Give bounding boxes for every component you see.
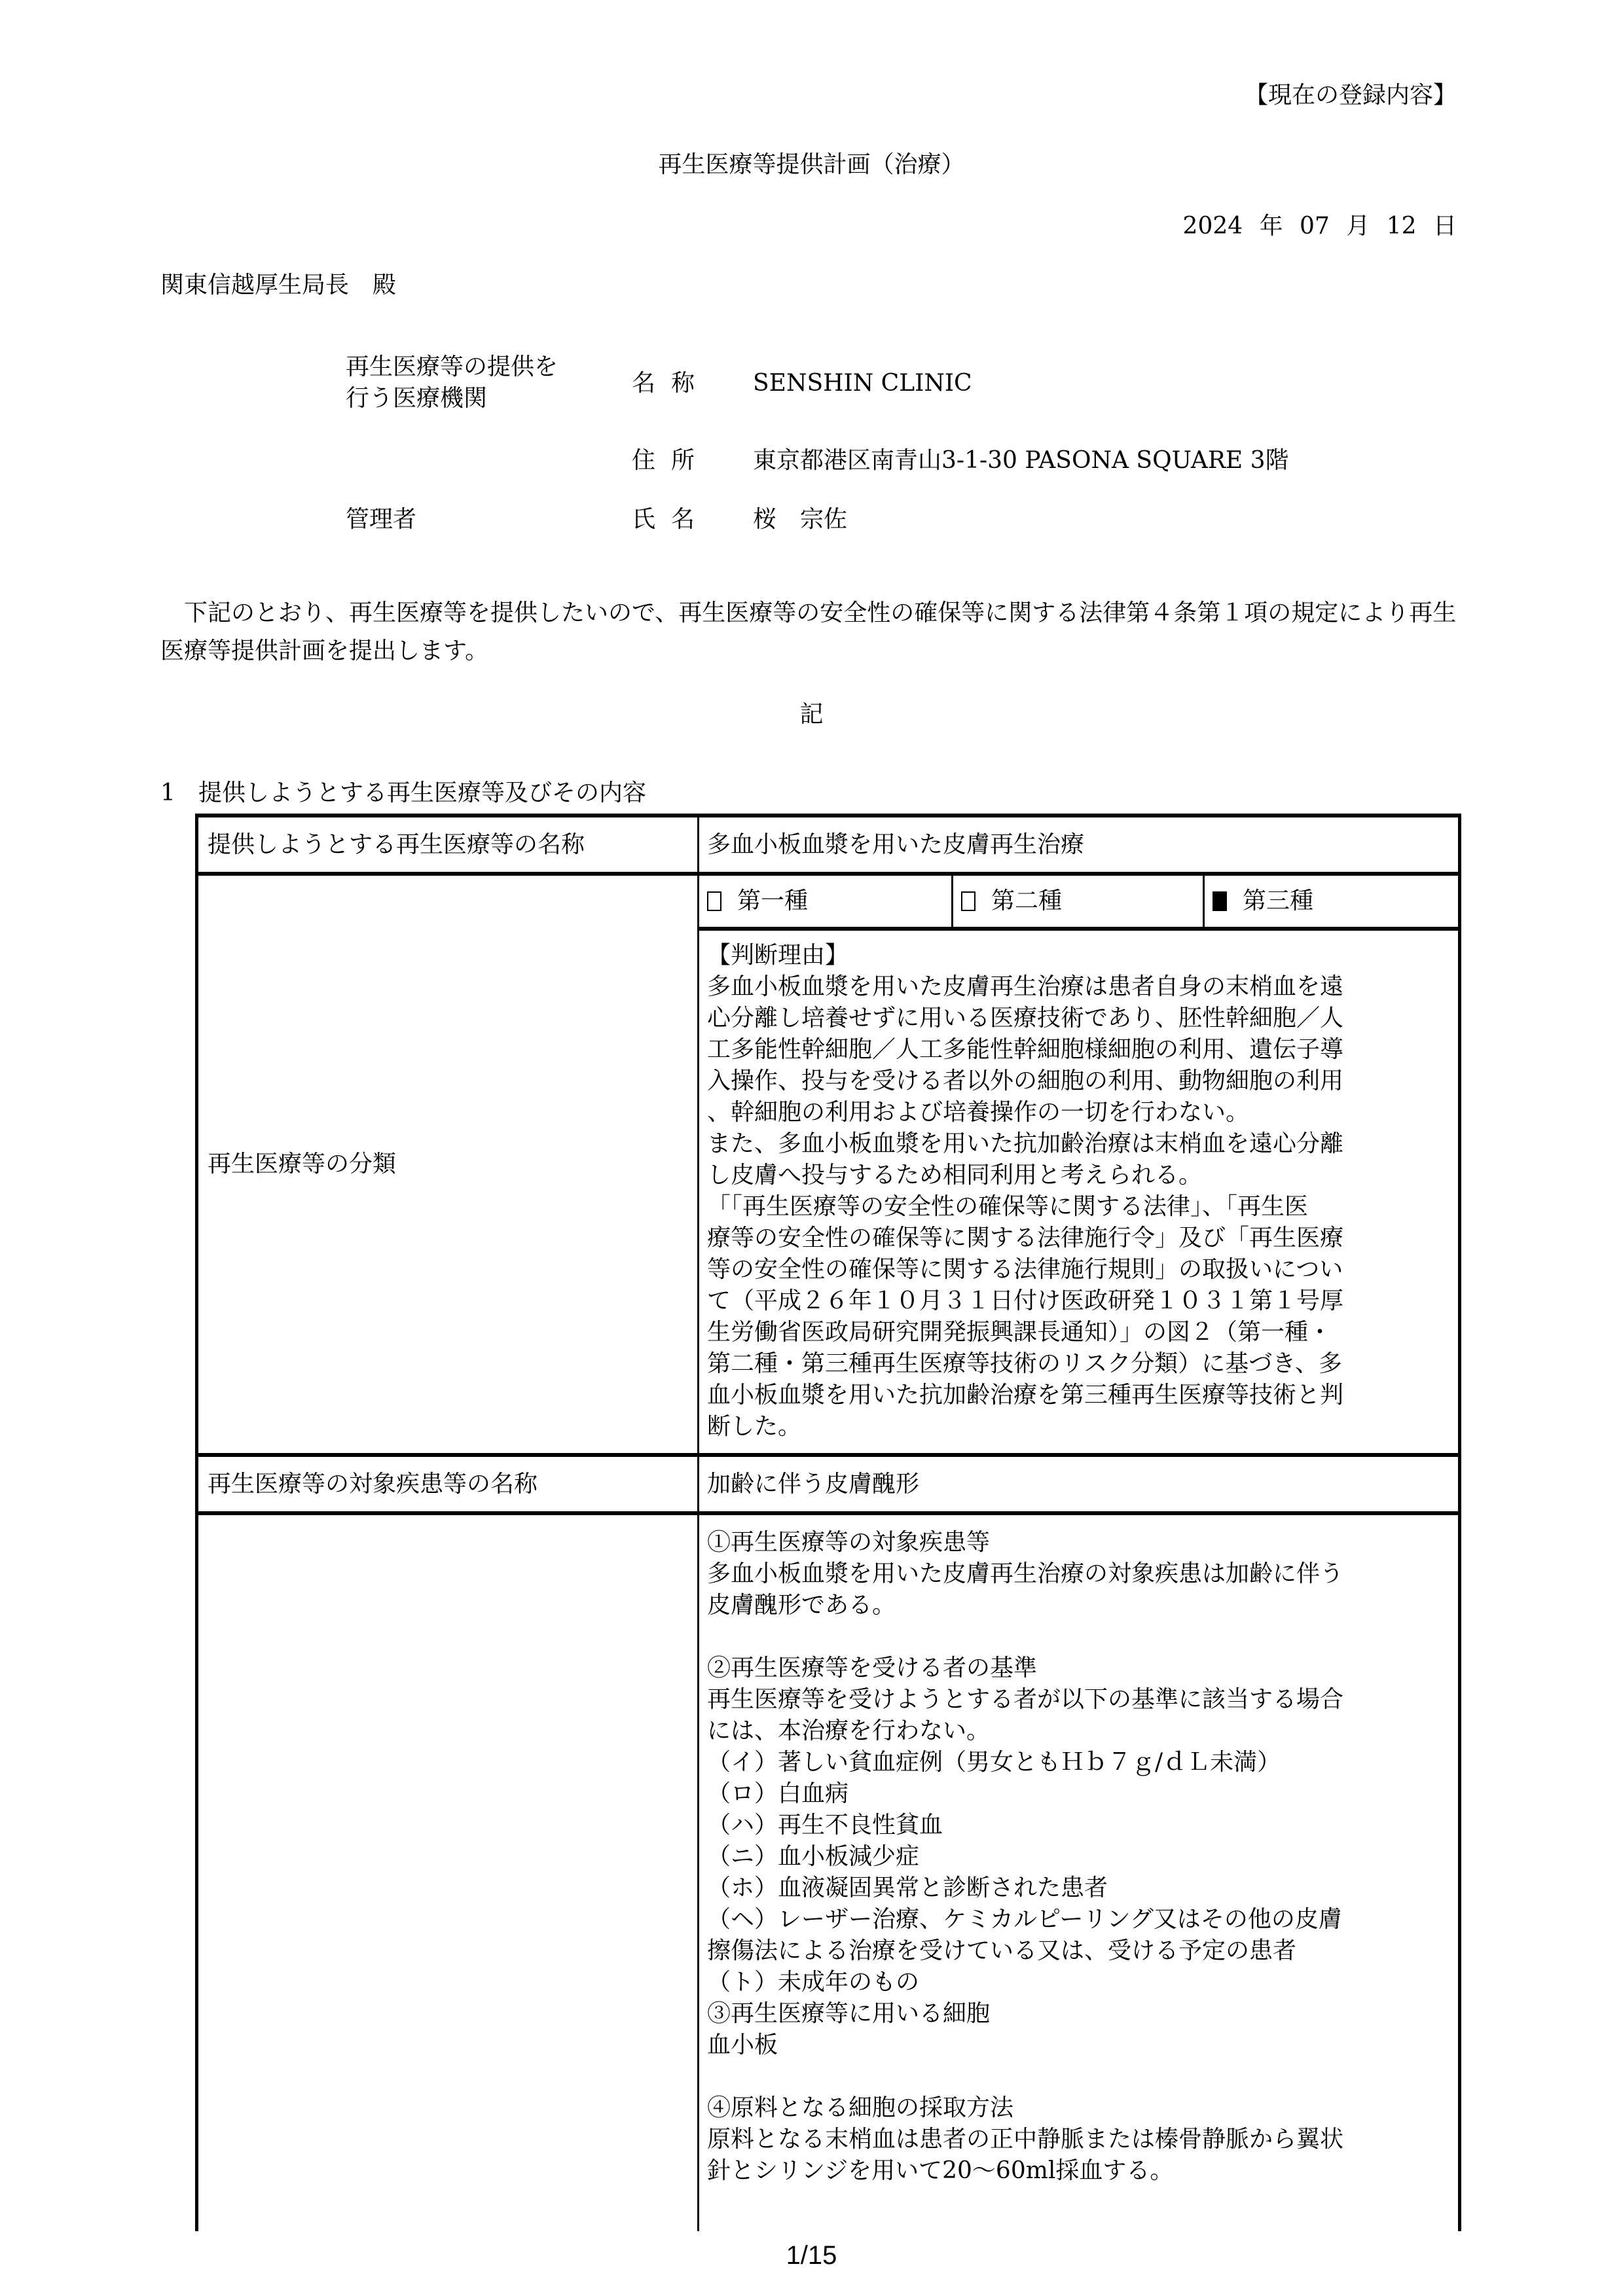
classification-kinds: 第一種 第二種 第三種 — [699, 876, 1458, 931]
institution-address-value: 東京都港区南青山3-1-30 PASONA SQUARE 3階 — [753, 445, 1289, 476]
detail-3-line: 血小板 — [707, 2030, 1450, 2061]
institution-address-key: 住所 — [632, 445, 710, 476]
unchecked-box-icon[interactable] — [707, 891, 721, 911]
kind-label: 第三種 — [1243, 886, 1313, 917]
criterion-ni: （ニ）血小板減少症 — [707, 1841, 1450, 1873]
classification-content: 第一種 第二種 第三種 【判断理由】 多血小板血漿を用いた皮膚再生治療は患者自身… — [699, 876, 1458, 1453]
table-row-target-disease: 再生医療等の対象疾患等の名称 加齢に伴う皮膚醜形 — [198, 1453, 1458, 1511]
kind-label: 第一種 — [737, 886, 808, 917]
target-disease-value: 加齢に伴う皮膚醜形 — [699, 1457, 1458, 1511]
detail-2-line: には、本治療を行わない。 — [707, 1715, 1450, 1747]
ki-heading: 記 — [0, 699, 1623, 730]
institution-label-line1: 再生医療等の提供を — [346, 351, 558, 383]
institution-name-key: 名称 — [632, 368, 710, 399]
detail-1-heading: ①再生医療等の対象疾患等 — [707, 1527, 1450, 1558]
institution-label-line2: 行う医療機関 — [346, 383, 487, 414]
kind-label: 第二種 — [991, 886, 1062, 917]
criterion-he-cont: 擦傷法による治療を受けている又は、受ける予定の患者 — [707, 1935, 1450, 1967]
page-number: 1/15 — [0, 2241, 1623, 2270]
section-title: 提供しようとする再生医療等及びその内容 — [198, 780, 646, 806]
criterion-i: （イ）著しい貧血症例（男女ともＨｂ７ｇ/ｄＬ未満） — [707, 1747, 1450, 1778]
therapy-name-label: 提供しようとする再生医療等の名称 — [198, 817, 699, 872]
therapy-name-value: 多血小板血漿を用いた皮膚再生治療 — [699, 817, 1458, 872]
institution-name-value: SENSHIN CLINIC — [753, 368, 972, 399]
unchecked-box-icon[interactable] — [961, 891, 976, 911]
table-row-therapy-name: 提供しようとする再生医療等の名称 多血小板血漿を用いた皮膚再生治療 — [198, 814, 1458, 872]
detail-1-line: 多血小板血漿を用いた皮膚再生治療の対象疾患は加齢に伴う — [707, 1558, 1450, 1590]
table-row-classification: 再生医療等の分類 第一種 第二種 第三種 【判断理由】 多血小板血漿を用いた皮膚… — [198, 872, 1458, 1453]
registration-status-label: 【現在の登録内容】 — [1245, 80, 1457, 111]
target-disease-label: 再生医療等の対象疾患等の名称 — [198, 1457, 699, 1511]
details-content: ①再生医療等の対象疾患等 多血小板血漿を用いた皮膚再生治療の対象疾患は加齢に伴う… — [699, 1515, 1458, 2231]
detail-3-heading: ③再生医療等に用いる細胞 — [707, 1998, 1450, 2030]
criterion-he: （ヘ）レーザー治療、ケミカルピーリング又はその他の皮膚 — [707, 1904, 1450, 1935]
table-row-details: ①再生医療等の対象疾患等 多血小板血漿を用いた皮膚再生治療の対象疾患は加齢に伴う… — [198, 1511, 1458, 2231]
details-label — [198, 1515, 699, 2231]
detail-1-line: 皮膚醜形である。 — [707, 1590, 1450, 1621]
criterion-ha: （ハ）再生不良性貧血 — [707, 1810, 1450, 1841]
detail-2-line: 再生医療等を受けようとする者が以下の基準に該当する場合 — [707, 1684, 1450, 1715]
submission-date: 2024 年 07 月 12 日 — [1183, 211, 1457, 242]
criterion-ro: （ロ）白血病 — [707, 1778, 1450, 1810]
checked-box-icon[interactable] — [1213, 891, 1227, 911]
manager-name-value: 桜 宗佐 — [753, 504, 847, 535]
kind-option-2[interactable]: 第二種 — [951, 876, 1203, 927]
classification-label: 再生医療等の分類 — [198, 876, 699, 1453]
reason-text: 多血小板血漿を用いた皮膚再生治療は患者自身の末梢血を遠 心分離し培養せずに用いる… — [707, 971, 1450, 1443]
manager-name-key: 氏名 — [632, 504, 710, 535]
detail-2-heading: ②再生医療等を受ける者の基準 — [707, 1653, 1450, 1684]
section-number: 1 — [160, 778, 198, 809]
criterion-to: （ト）未成年のもの — [707, 1967, 1450, 1998]
detail-4-line: 原料となる末梢血は患者の正中静脈または榛骨静脈から翼状 — [707, 2124, 1450, 2155]
intro-paragraph: 下記のとおり、再生医療等を提供したいので、再生医療等の安全性の確保等に関する法律… — [160, 594, 1457, 670]
judgment-reason: 【判断理由】 多血小板血漿を用いた皮膚再生治療は患者自身の末梢血を遠 心分離し培… — [699, 931, 1458, 1453]
detail-4-line: 針とシリンジを用いて20～60ml採血する。 — [707, 2155, 1450, 2187]
detail-4-heading: ④原料となる細胞の採取方法 — [707, 2092, 1450, 2124]
kind-option-1[interactable]: 第一種 — [699, 876, 951, 927]
document-title: 再生医療等提供計画（治療） — [0, 149, 1623, 181]
manager-label: 管理者 — [346, 504, 416, 535]
plan-table: 提供しようとする再生医療等の名称 多血小板血漿を用いた皮膚再生治療 再生医療等の… — [195, 814, 1461, 2231]
section-heading: 1提供しようとする再生医療等及びその内容 — [160, 778, 646, 809]
criterion-ho: （ホ）血液凝固異常と診断された患者 — [707, 1873, 1450, 1904]
addressee: 関東信越厚生局長 殿 — [160, 270, 396, 301]
reason-title: 【判断理由】 — [707, 940, 1450, 971]
kind-option-3[interactable]: 第三種 — [1203, 876, 1458, 927]
